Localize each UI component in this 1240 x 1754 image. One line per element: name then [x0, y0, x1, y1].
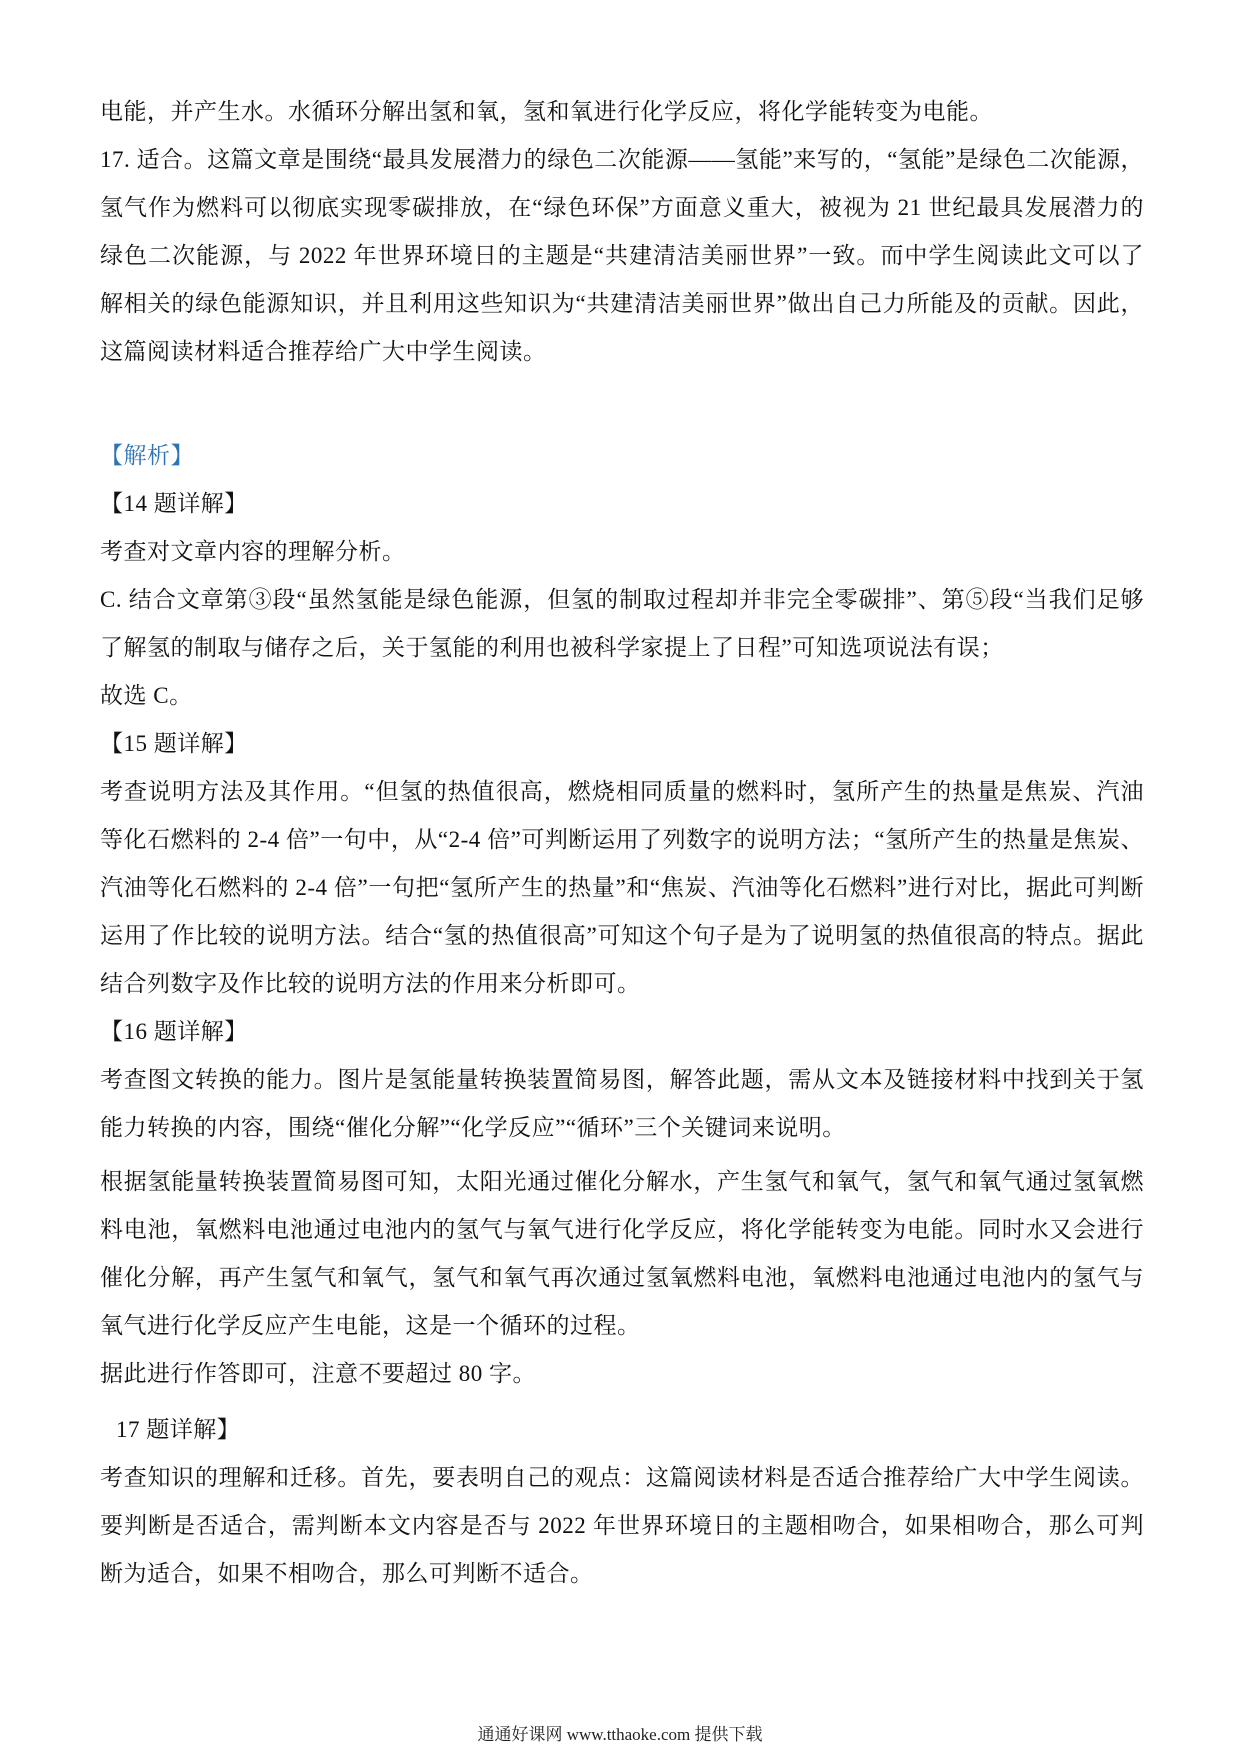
question-14-answer-choice: 故选 C。: [100, 672, 1144, 720]
question-14-explanation-line2: C. 结合文章第③段“虽然氢能是绿色能源，但氢的制取过程却并非完全零碳排”、第⑤…: [100, 576, 1144, 672]
question-15-explanation: 考查说明方法及其作用。“但氢的热值很高，燃烧相同质量的燃料时，氢所产生的热量是焦…: [100, 768, 1144, 1008]
document-body: 电能，并产生水。水循环分解出氢和氧，氢和氧进行化学反应，将化学能转变为电能。 1…: [100, 88, 1144, 1598]
question-16-note: 据此进行作答即可，注意不要超过 80 字。: [100, 1350, 1144, 1398]
answer-17-text: 17. 适合。这篇文章是围绕“最具发展潜力的绿色二次能源——氢能”来写的，“氢能…: [100, 136, 1144, 376]
answer-continuation-text: 电能，并产生水。水循环分解出氢和氧，氢和氧进行化学反应，将化学能转变为电能。: [100, 88, 1144, 136]
question-14-explanation-line1: 考查对文章内容的理解分析。: [100, 528, 1144, 576]
question-16-explanation-part1: 考查图文转换的能力。图片是氢能量转换装置简易图，解答此题，需从文本及链接材料中找…: [100, 1056, 1144, 1152]
document-page: 电能，并产生水。水循环分解出氢和氧，氢和氧进行化学反应，将化学能转变为电能。 1…: [0, 0, 1240, 1754]
footer-watermark: 通通好课网 www.tthaoke.com 提供下载: [0, 1724, 1240, 1746]
question-14-heading: 【14 题详解】: [100, 480, 1144, 528]
question-16-explanation-part2: 根据氢能量转换装置简易图可知，太阳光通过催化分解水，产生氢气和氧气，氢气和氧气通…: [100, 1158, 1144, 1350]
question-17-explanation: 考查知识的理解和迁移。首先，要表明自己的观点：这篇阅读材料是否适合推荐给广大中学…: [100, 1454, 1144, 1598]
question-16-heading: 【16 题详解】: [100, 1008, 1144, 1056]
question-17-heading: 17 题详解】: [100, 1406, 1144, 1454]
question-15-heading: 【15 题详解】: [100, 720, 1144, 768]
analysis-section-heading: 【解析】: [100, 432, 1144, 480]
